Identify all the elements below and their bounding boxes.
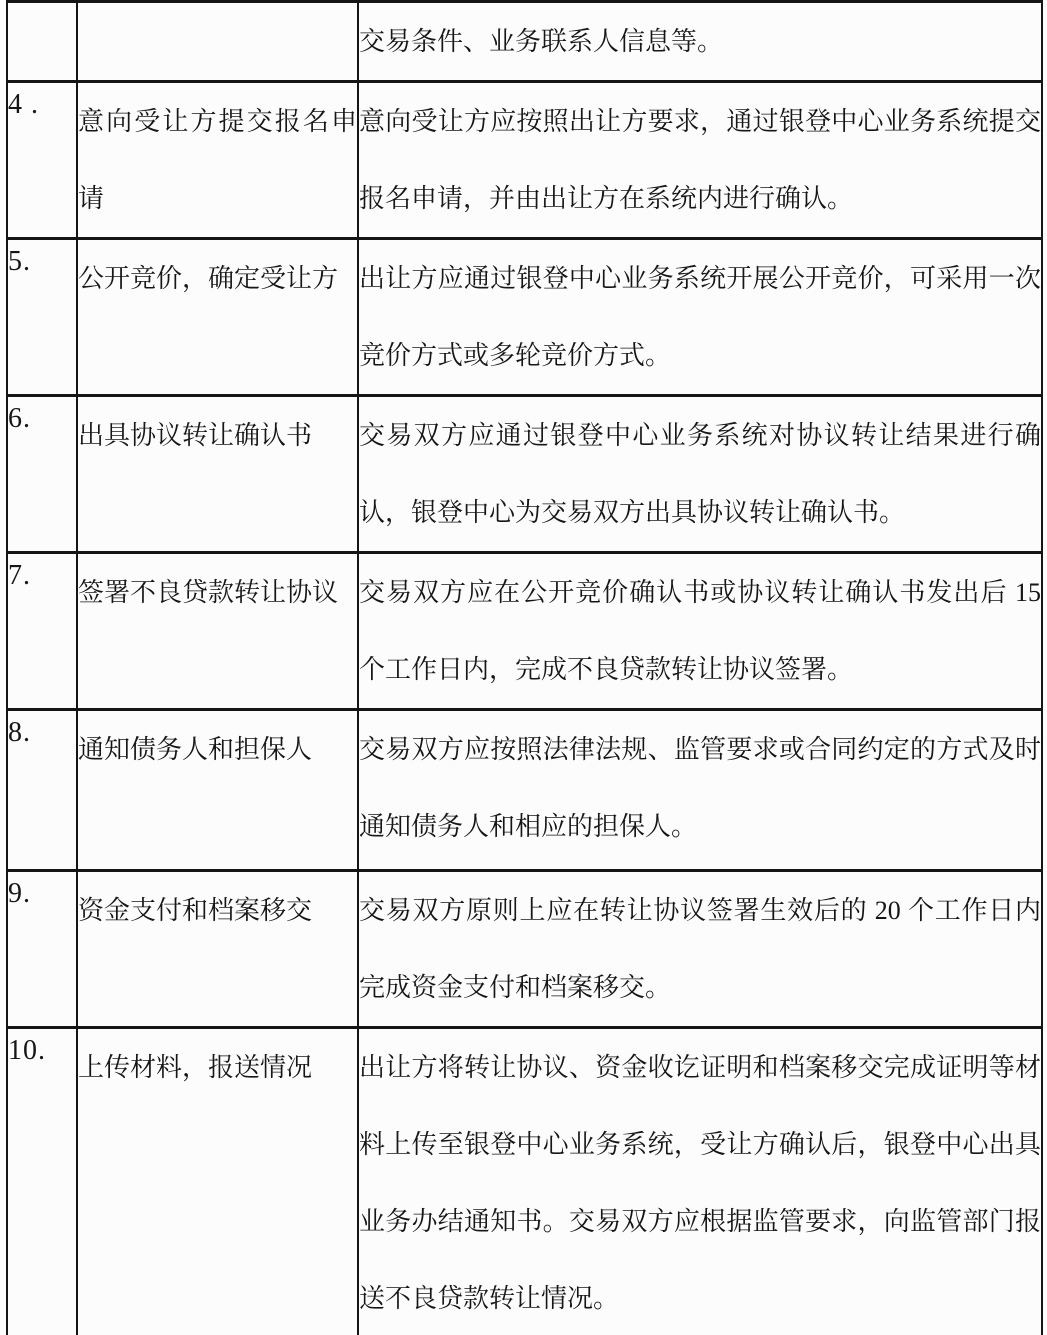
table-row: 交易条件、业务联系人信息等。 [7, 2, 1042, 82]
table-row: 6. 出具协议转让确认书 交易双方应通过银登中心业务系统对协议转让结果进行确认，… [7, 396, 1042, 553]
step-description-cell: 交易条件、业务联系人信息等。 [358, 2, 1042, 82]
table-row: 9. 资金支付和档案移交 交易双方原则上应在转让协议签署生效后的 20 个工作日… [7, 871, 1042, 1028]
row-number-cell: 9. [7, 871, 77, 1028]
row-number-cell: 10. [7, 1028, 77, 1335]
step-description-cell: 意向受让方应按照出让方要求，通过银登中心业务系统提交报名申请，并由出让方在系统内… [358, 82, 1042, 239]
step-description-cell: 交易双方应在公开竞价确认书或协议转让确认书发出后 15 个工作日内，完成不良贷款… [358, 553, 1042, 710]
step-name-cell: 上传材料，报送情况 [77, 1028, 358, 1335]
step-description-cell: 出让方应通过银登中心业务系统开展公开竞价，可采用一次竞价方式或多轮竞价方式。 [358, 239, 1042, 396]
table-row: 5. 公开竞价，确定受让方 出让方应通过银登中心业务系统开展公开竞价，可采用一次… [7, 239, 1042, 396]
row-number-cell: 5. [7, 239, 77, 396]
step-name-cell: 意向受让方提交报名申请 [77, 82, 358, 239]
step-name-cell: 签署不良贷款转让协议 [77, 553, 358, 710]
step-name-cell: 资金支付和档案移交 [77, 871, 358, 1028]
row-number-cell: 7. [7, 553, 77, 710]
step-description-cell: 交易双方应按照法律法规、监管要求或合同约定的方式及时通知债务人和相应的担保人。 [358, 710, 1042, 871]
table-row: 10. 上传材料，报送情况 出让方将转让协议、资金收讫证明和档案移交完成证明等材… [7, 1028, 1042, 1335]
row-number-cell: 4 . [7, 82, 77, 239]
document-page: 交易条件、业务联系人信息等。 4 . 意向受让方提交报名申请 意向受让方应按照出… [0, 0, 1047, 1335]
table-body: 交易条件、业务联系人信息等。 4 . 意向受让方提交报名申请 意向受让方应按照出… [7, 2, 1042, 1335]
step-description-cell: 出让方将转让协议、资金收讫证明和档案移交完成证明等材料上传至银登中心业务系统，受… [358, 1028, 1042, 1335]
table-row: 8. 通知债务人和担保人 交易双方应按照法律法规、监管要求或合同约定的方式及时通… [7, 710, 1042, 871]
table-row: 7. 签署不良贷款转让协议 交易双方应在公开竞价确认书或协议转让确认书发出后 1… [7, 553, 1042, 710]
step-name-cell [77, 2, 358, 82]
row-number-cell [7, 2, 77, 82]
step-description-cell: 交易双方原则上应在转让协议签署生效后的 20 个工作日内完成资金支付和档案移交。 [358, 871, 1042, 1028]
step-name-cell: 公开竞价，确定受让方 [77, 239, 358, 396]
step-name-cell: 出具协议转让确认书 [77, 396, 358, 553]
row-number-cell: 6. [7, 396, 77, 553]
step-description-cell: 交易双方应通过银登中心业务系统对协议转让结果进行确认，银登中心为交易双方出具协议… [358, 396, 1042, 553]
row-number-cell: 8. [7, 710, 77, 871]
step-name-cell: 通知债务人和担保人 [77, 710, 358, 871]
table-row: 4 . 意向受让方提交报名申请 意向受让方应按照出让方要求，通过银登中心业务系统… [7, 82, 1042, 239]
transfer-process-table: 交易条件、业务联系人信息等。 4 . 意向受让方提交报名申请 意向受让方应按照出… [6, 0, 1043, 1335]
